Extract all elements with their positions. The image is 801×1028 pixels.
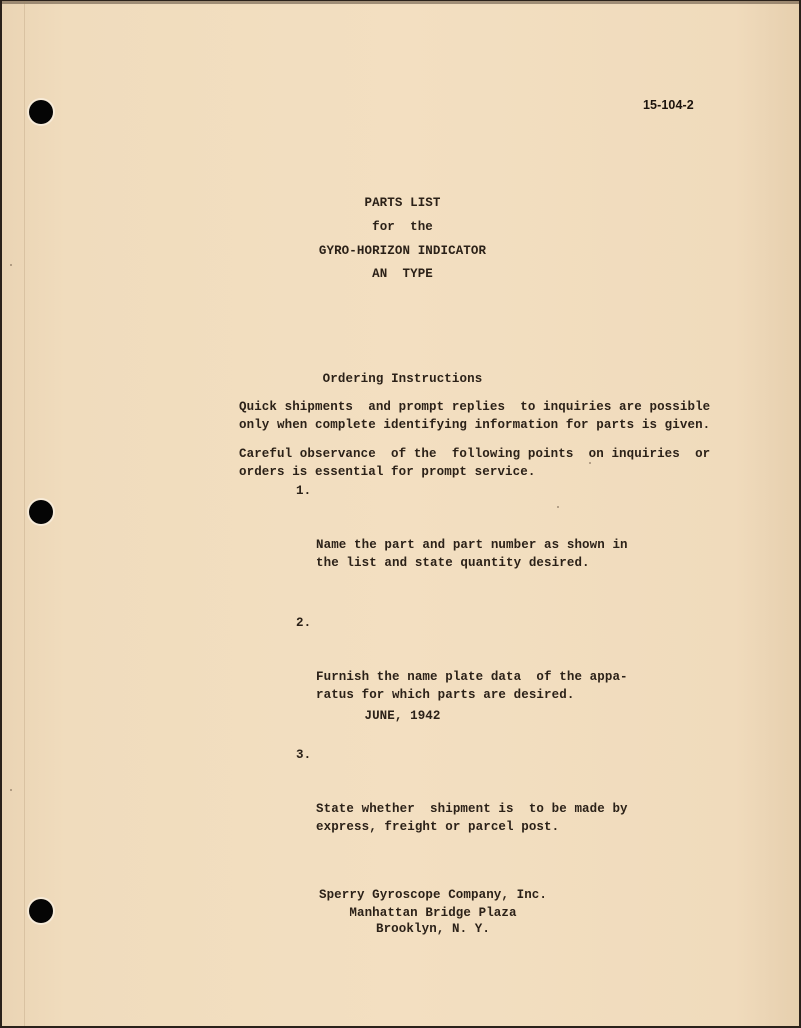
instruction-item: 1. Name the part and part number as show… — [296, 482, 616, 608]
document-number: 15-104-2 — [643, 98, 694, 112]
punch-hole-top — [29, 100, 53, 124]
section-heading: Ordering Instructions — [2, 372, 801, 386]
publisher-address-line-1: Manhattan Bridge Plaza — [2, 906, 801, 920]
instruction-list: 1. Name the part and part number as show… — [296, 482, 616, 878]
paper-speck — [557, 506, 559, 508]
publisher-address-line-2: Brooklyn, N. Y. — [2, 922, 801, 936]
publication-date: JUNE, 1942 — [2, 709, 801, 723]
title-line-1: PARTS LIST — [2, 196, 801, 210]
title-line-2: for the — [2, 220, 801, 234]
instruction-number: 1. — [296, 482, 311, 500]
instruction-number: 2. — [296, 614, 311, 632]
instruction-number: 3. — [296, 746, 311, 764]
title-line-4: AN TYPE — [2, 267, 801, 281]
title-line-3: GYRO-HORIZON INDICATOR — [2, 244, 801, 258]
paper-speck — [589, 462, 591, 464]
instruction-text: Furnish the name plate data of the appa-… — [296, 668, 616, 704]
paragraph-quick-shipments: Quick shipments and prompt replies to in… — [239, 398, 659, 434]
publisher-company: Sperry Gyroscope Company, Inc. — [2, 888, 801, 902]
paper-speck — [10, 789, 12, 791]
punch-hole-middle — [29, 500, 53, 524]
instruction-text: State whether shipment is to be made by … — [296, 800, 616, 836]
instruction-item: 3. State whether shipment is to be made … — [296, 746, 616, 872]
document-page: 15-104-2 PARTS LIST for the GYRO-HORIZON… — [2, 1, 799, 1026]
instruction-text: Name the part and part number as shown i… — [296, 536, 616, 572]
paragraph-careful-observance: Careful observance of the following poin… — [239, 445, 659, 481]
paper-speck — [10, 264, 12, 266]
